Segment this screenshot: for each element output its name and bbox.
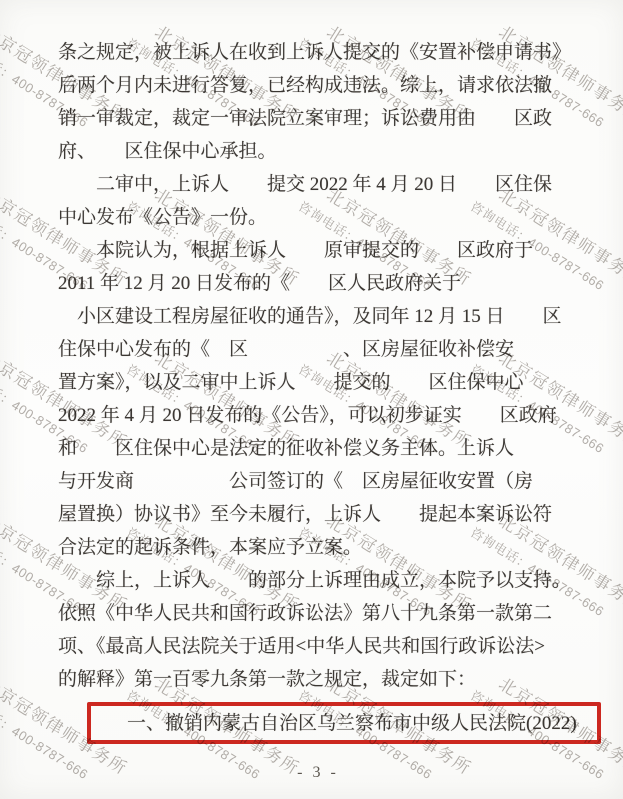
- text-line: 本院认为，根据上诉人 原审提交的 区政府于: [58, 234, 578, 267]
- text-line: 合法定的起诉条件，本案应予立案。: [58, 531, 578, 564]
- text-line: 二审中，上诉人 提交 2022 年 4 月 20 日 区住保: [58, 168, 578, 201]
- text-line: 中心发布《公告》一份。: [58, 201, 578, 234]
- text-line: 小区建设工程房屋征收的通告》，及同年 12 月 15 日 区: [58, 300, 578, 333]
- text-line: 项、《最高人民法院关于适用<中华人民共和国行政诉讼法>: [58, 630, 578, 663]
- text-line: 的解释》第一百零九条第一款之规定，裁定如下：: [58, 663, 578, 696]
- text-line: 依照《中华人民共和国行政诉讼法》第八十九条第一款第二: [58, 597, 578, 630]
- text-line: 2022 年 4 月 20 日发布的《公告》，可以初步证实 区政府: [58, 399, 578, 432]
- ruling-line: 一、撤销内蒙古自治区乌兰察布市中级人民法院(2022): [127, 707, 577, 740]
- text-line: 住保中心发布的《 区 、区房屋征收补偿安: [58, 333, 578, 366]
- text-line: 屋置换）协议书》至今未履行，上诉人 提起本案诉讼符: [58, 498, 578, 531]
- document-body: 条之规定，被上诉人在收到上诉人提交的《安置补偿申请书》后两个月内未进行答复，已经…: [58, 36, 578, 789]
- text-line: 和 区住保中心是法定的征收补偿义务主体。上诉人: [58, 432, 578, 465]
- highlight-box: 一、撤销内蒙古自治区乌兰察布市中级人民法院(2022): [87, 702, 601, 744]
- document-page: 条之规定，被上诉人在收到上诉人提交的《安置补偿申请书》后两个月内未进行答复，已经…: [0, 0, 623, 799]
- text-line: 条之规定，被上诉人在收到上诉人提交的《安置补偿申请书》: [58, 36, 578, 69]
- text-line: 与开发商 公司签订的《 区房屋征收安置（房: [58, 465, 578, 498]
- text-line: 后两个月内未进行答复，已经构成违法。综上，请求依法撤: [58, 69, 578, 102]
- text-line: 2011 年 12 月 20 日发布的《 区人民政府关于: [58, 267, 578, 300]
- text-lines: 条之规定，被上诉人在收到上诉人提交的《安置补偿申请书》后两个月内未进行答复，已经…: [58, 36, 578, 696]
- text-line: 置方案》，以及二审中上诉人 提交的 区住保中心: [58, 366, 578, 399]
- text-line: 销一审裁定，裁定一审法院立案审理；诉讼费用由 区政: [58, 102, 578, 135]
- text-line: 综上，上诉人 的部分上诉理由成立，本院予以支持。: [58, 564, 578, 597]
- text-line: 府、 区住保中心承担。: [58, 135, 578, 168]
- page-number: - 3 -: [58, 756, 578, 789]
